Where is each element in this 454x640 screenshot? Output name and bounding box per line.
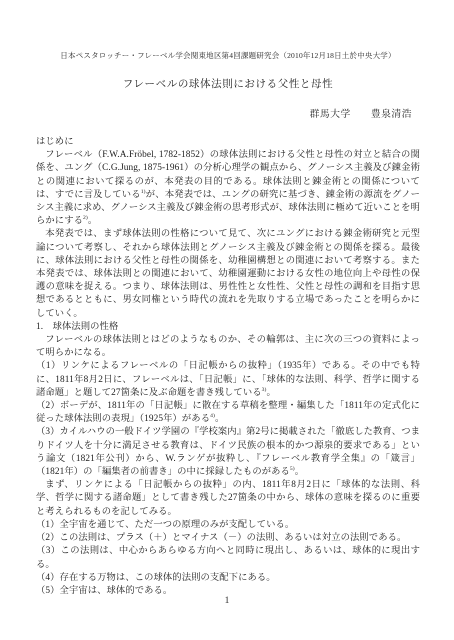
footnote-marker: 3) [262, 387, 267, 393]
intro-paragraph-2: 本発表では、まず球体法則の性格について見て、次にユングにおける錬金術研究と元型論… [36, 228, 420, 320]
source-item-3: （3）カイルハウの一般ドイツ学園の『学校案内』第2号に掲載された「徹底した教育、… [36, 426, 420, 479]
footnote-marker: 4) [210, 413, 215, 419]
source-item-1: （1）リンケによるフレーベルの「日記帳からの抜粋」（1935年）である。その中で… [36, 360, 420, 400]
document-page: 日本ペスタロッチー・フレーベル学会関東地区第4回課題研究会（2010年12月18… [0, 0, 454, 640]
document-body: はじめに フレーベル（F.W.A.Fröbel, 1782-1852）の球体法則… [36, 136, 420, 598]
footnote-marker: 2) [83, 215, 88, 221]
section1-lead-paragraph: フレーベルの球体法則とはどのようなものか、その輪郭は、主に次の三つの資料によって… [36, 334, 420, 360]
author-line: 群馬大学豊泉清浩 [36, 106, 420, 120]
author-affiliation: 群馬大学 [310, 109, 351, 120]
proposition-item-2: （2）この法則は、プラス（＋）とマイナス（－）の法則、あるいは対立の法則である。 [36, 532, 420, 545]
proposition-item-4: （4）存在する万物は、この球体的法則の支配下にある。 [36, 572, 420, 585]
footnote-marker: 5) [290, 466, 295, 472]
paper-title: フレーベルの球体法則における父性と母性 [36, 76, 420, 91]
intro-paragraph-1: フレーベル（F.W.A.Fröbel, 1782-1852）の球体法則における父… [36, 149, 420, 228]
bridge-paragraph: まず、リンケによる「日記帳からの抜粋」の内、1811年8月2日に「球体的な法則、… [36, 479, 420, 519]
page-number: 1 [0, 596, 454, 606]
proposition-item-3: （3）この法則は、中心からあらゆる方向へと同時に現出し、あるいは、球体的に現出す… [36, 545, 420, 571]
intro-heading: はじめに [36, 136, 420, 149]
footnote-marker: 1) [141, 189, 146, 195]
source-item-2: （2）ボーデが、1811年の「日記帳」に散在する草稿を整理・編集した「1811年… [36, 400, 420, 426]
proposition-item-1: （1）全宇宙を通じて、ただ一つの原理のみが支配している。 [36, 519, 420, 532]
conference-header: 日本ペスタロッチー・フレーベル学会関東地区第4回課題研究会（2010年12月18… [36, 50, 420, 61]
section1-heading: 1. 球体法則の性格 [36, 321, 420, 334]
author-name: 豊泉清浩 [371, 109, 412, 120]
proposition-list: （1）全宇宙を通じて、ただ一つの原理のみが支配している。 （2）この法則は、プラ… [36, 519, 420, 598]
